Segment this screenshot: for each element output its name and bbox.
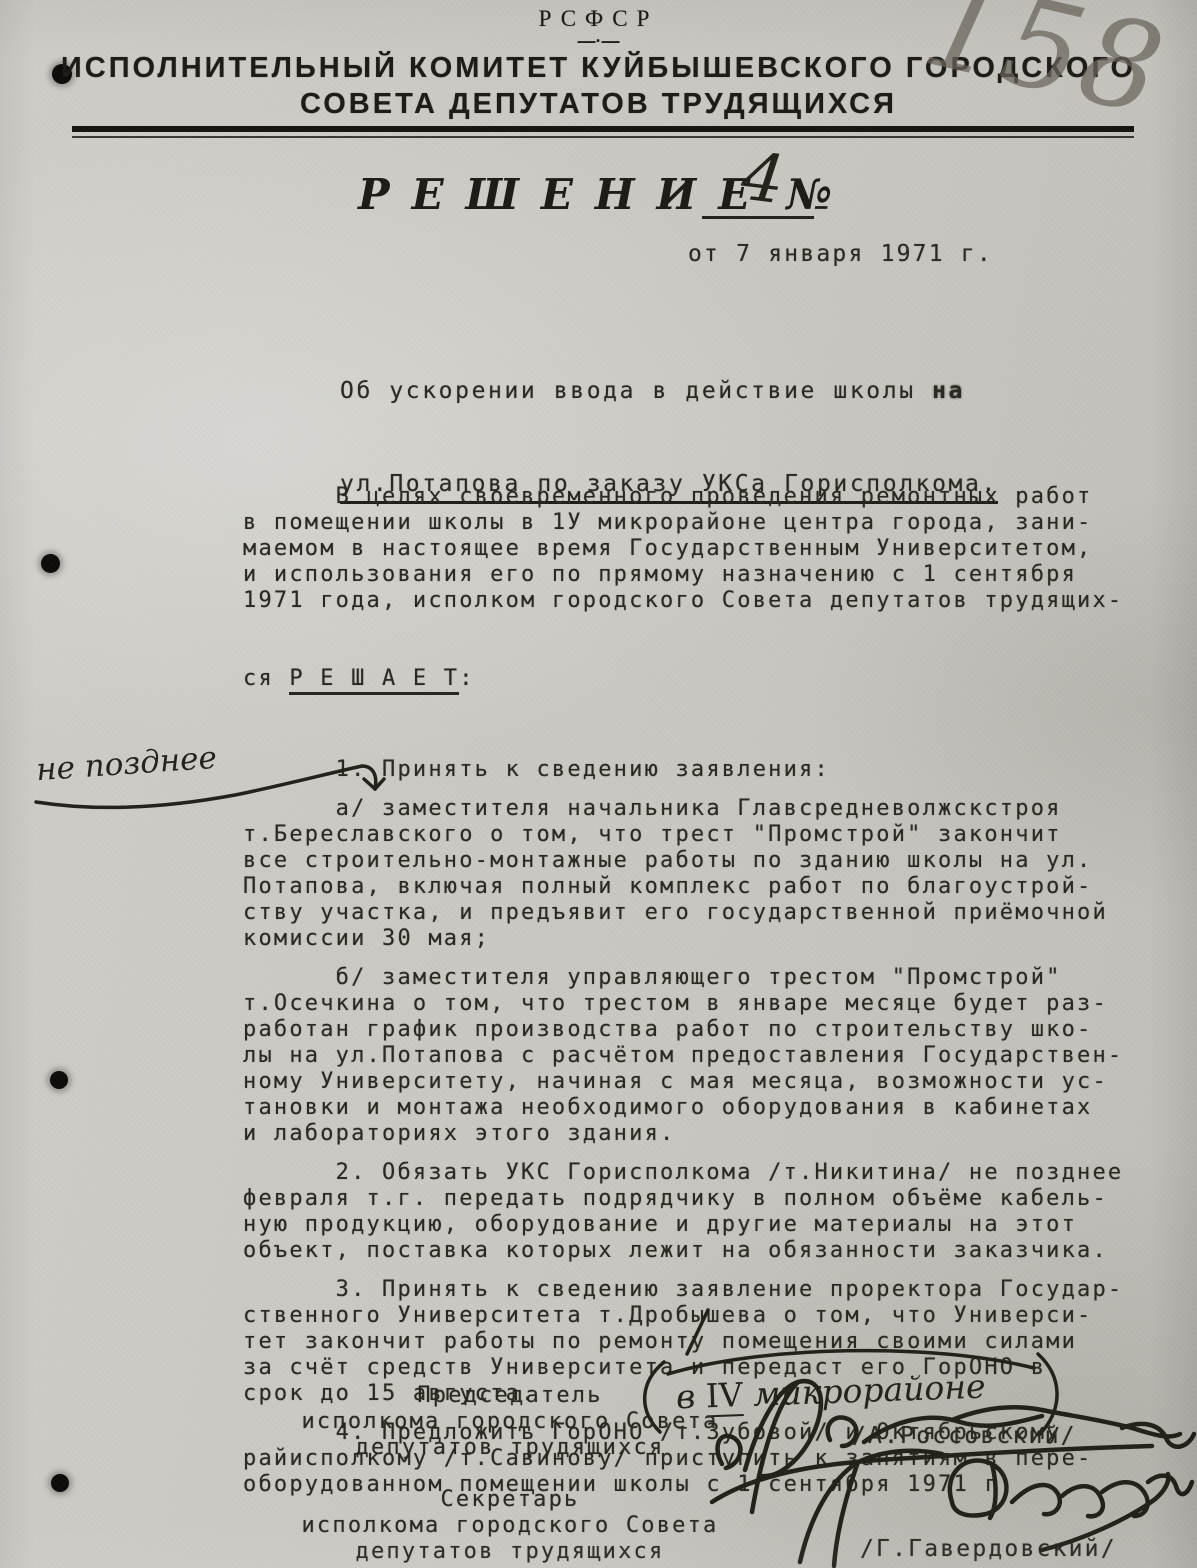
document-body: В целях своевременного проведения ремонт… [243, 432, 1193, 1511]
punch-hole-2 [41, 554, 60, 573]
text-line: 3. Принять к сведению заявление проректо… [243, 1277, 1193, 1303]
text-line: 2. Обязать УКС Горисполкома /т.Никитина/… [243, 1160, 1193, 1186]
text-line: т.Осечкина о том, что трестом в январе м… [243, 991, 1193, 1017]
item1a-paragraph: а/ заместителя начальника Главсредневолж… [243, 796, 1193, 952]
secretary-typed-name: /Г.Гавердовский/ [860, 1536, 1117, 1562]
item1b-paragraph: б/ заместителя управляющего трестом "Про… [243, 965, 1193, 1147]
punch-hole-4 [51, 1474, 69, 1492]
text-line: февраля т.г. передать подрядчику в полно… [243, 1186, 1193, 1212]
text-line: исполкома городского Совета [255, 1513, 765, 1539]
decision-date: от 7 января 1971 г. [688, 241, 993, 267]
text-line: Председатель [255, 1383, 765, 1409]
chairman-typed-name: /А.Россовский/ [852, 1423, 1077, 1449]
text-line: Потапова, включая полный комплекс работ … [243, 874, 1193, 900]
handwritten-margin-note: не позднее [35, 740, 218, 789]
resolves-word: Р Е Ш А Е Т [289, 666, 459, 695]
text-line: а/ заместителя начальника Главсредневолж… [243, 796, 1193, 822]
text-line: депутатов трудящихся [255, 1435, 765, 1461]
text-line: 1971 года, исполком городского Совета де… [243, 588, 1193, 614]
punch-hole-3 [50, 1071, 68, 1089]
text-line: работан график производства работ по стр… [243, 1017, 1193, 1043]
numero-sign: № [786, 170, 834, 219]
text-line: исполкома городского Совета [255, 1409, 765, 1435]
subject-emphasis: на [932, 378, 965, 404]
text-line: ству участка, и предъявит его государств… [243, 900, 1193, 926]
secretary-title: Секретарьисполкома городского Советадепу… [255, 1487, 765, 1565]
item1-heading: 1. Принять к сведению заявления: [243, 757, 1193, 783]
letterhead-rule [72, 126, 1134, 132]
resolves-line: ся Р Е Ш А Е Т: [243, 666, 1193, 692]
scanned-decision-document: { "colors": { "paper": "#c9c7c1", "type_… [0, 0, 1197, 1568]
text-line: лы на ул.Потапова с расчётом предоставле… [243, 1043, 1193, 1069]
text-line: комиссии 30 мая; [243, 926, 1193, 952]
text-line: все строительно-монтажные работы по здан… [243, 848, 1193, 874]
letterhead-rule-thin [72, 136, 1134, 138]
text-line: и использования его по прямому назначени… [243, 562, 1193, 588]
text-line: депутатов трудящихся [255, 1539, 765, 1565]
chairman-title: Председательисполкома городского Советад… [255, 1383, 765, 1461]
item2-paragraph: 2. Обязать УКС Горисполкома /т.Никитина/… [243, 1160, 1193, 1264]
text-line: тет закончит работы по ремонту помещения… [243, 1329, 1193, 1355]
text-line: Секретарь [255, 1487, 765, 1513]
text-line: объект, поставка которых лежит на обязан… [243, 1238, 1193, 1264]
text-line: ную продукцию, оборудование и другие мат… [243, 1212, 1193, 1238]
decision-title-word: РЕШЕНИЕ [358, 170, 772, 219]
text-line: тановки и монтажа необходимого оборудова… [243, 1095, 1193, 1121]
text-line: в помещении школы в 1У микрорайоне центр… [243, 510, 1193, 536]
text-line: т.Береславского о том, что трест "Промст… [243, 822, 1193, 848]
text-line: б/ заместителя управляющего трестом "Про… [243, 965, 1193, 991]
text-line: и лабораториях этого здания. [243, 1121, 1193, 1147]
text-line: В целях своевременного проведения ремонт… [243, 484, 1193, 510]
text-line: маемом в настоящее время Государственным… [243, 536, 1193, 562]
text-line: ственного Университета т.Дробышева о том… [243, 1303, 1193, 1329]
handwritten-page-number: 158 [912, 0, 1177, 143]
subject-line1: Об ускорении ввода в действие школы на [340, 376, 998, 407]
text-line: ному Университету, начиная с мая месяца,… [243, 1069, 1193, 1095]
preamble-paragraph: В целях своевременного проведения ремонт… [243, 432, 1193, 744]
